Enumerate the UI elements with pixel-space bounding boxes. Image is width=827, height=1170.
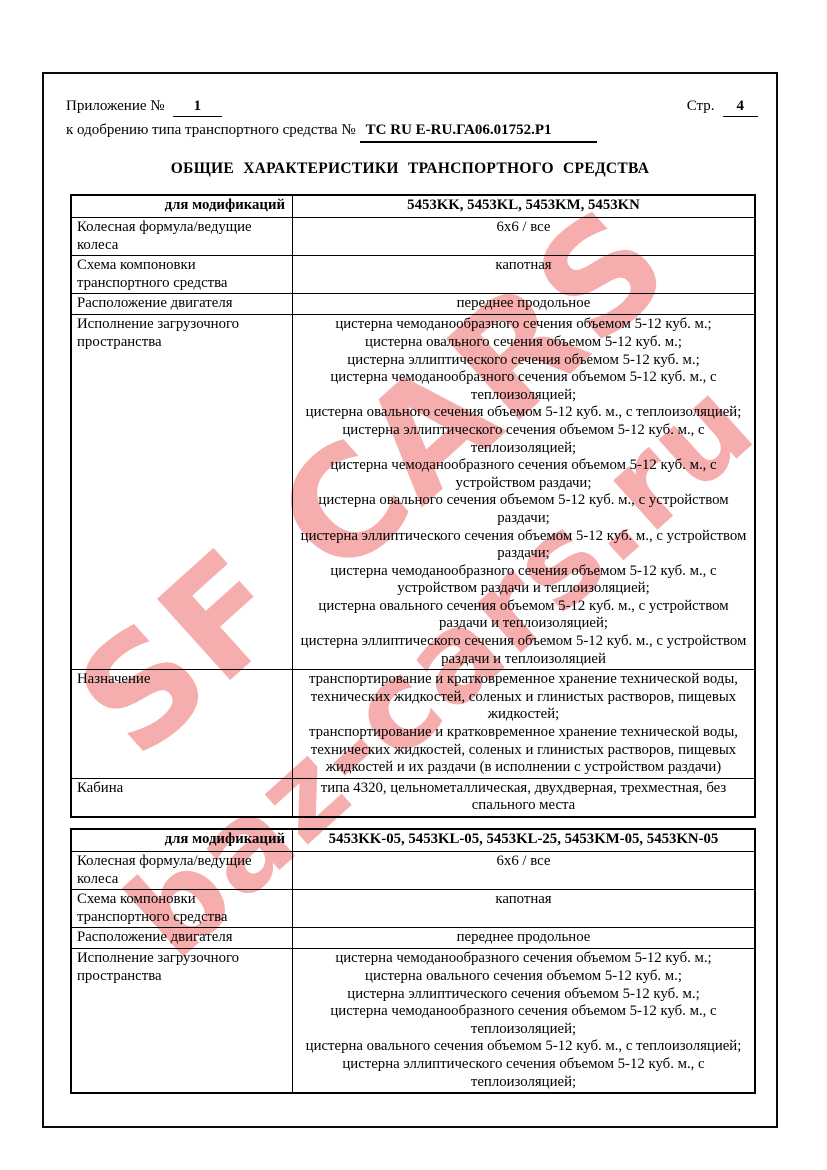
- row-label-cargo-space: Исполнение загрузочного пространства: [71, 315, 293, 670]
- table-row: Схема компоновки транспортного средства …: [71, 256, 755, 294]
- modifications-header-label: для модификаций: [71, 195, 293, 218]
- row-label-cargo-space: Исполнение загрузочного пространства: [71, 949, 293, 1093]
- appendix-label: Приложение №: [66, 98, 165, 114]
- row-value-cab: типа 4320, цельнометаллическая, двухдвер…: [293, 778, 756, 817]
- document-page-frame: Приложение №1 Стр.4 к одобрению типа тра…: [42, 72, 778, 1128]
- page-indicator: Стр.4: [687, 98, 758, 117]
- table-row: Колесная формула/ведущие колеса 6x6 / вс…: [71, 852, 755, 890]
- row-value-cargo-space: цистерна чемоданообразного сечения объем…: [293, 315, 756, 670]
- modifications-header-value: 5453KK-05, 5453KL-05, 5453KL-25, 5453KM-…: [293, 829, 756, 852]
- row-label-cab: Кабина: [71, 778, 293, 817]
- document-header: Приложение №1 Стр.4 к одобрению типа тра…: [44, 74, 776, 143]
- row-label-engine-position: Расположение двигателя: [71, 294, 293, 315]
- row-label-layout-scheme: Схема компоновки транспортного средства: [71, 890, 293, 928]
- page-number: 4: [723, 98, 759, 117]
- appendix-line: Приложение №1 Стр.4: [66, 98, 758, 117]
- table-row: Расположение двигателя переднее продольн…: [71, 928, 755, 949]
- approval-label: к одобрению типа транспортного средства …: [66, 122, 356, 138]
- row-label-layout-scheme: Схема компоновки транспортного средства: [71, 256, 293, 294]
- page-title: ОБЩИЕ ХАРАКТЕРИСТИКИ ТРАНСПОРТНОГО СРЕДС…: [44, 160, 776, 178]
- row-value-wheel-formula: 6x6 / все: [293, 852, 756, 890]
- table-row: для модификаций 5453KK, 5453KL, 5453KM, …: [71, 195, 755, 218]
- table-row: для модификаций 5453KK-05, 5453KL-05, 54…: [71, 829, 755, 852]
- row-label-engine-position: Расположение двигателя: [71, 928, 293, 949]
- spec-table-modifications-2: для модификаций 5453KK-05, 5453KL-05, 54…: [70, 828, 756, 1094]
- appendix-number: 1: [173, 98, 223, 117]
- table-row: Назначение транспортирование и кратковре…: [71, 670, 755, 779]
- row-value-layout-scheme: капотная: [293, 890, 756, 928]
- page-label: Стр.: [687, 98, 715, 114]
- row-value-engine-position: переднее продольное: [293, 928, 756, 949]
- row-value-engine-position: переднее продольное: [293, 294, 756, 315]
- appendix-left: Приложение №1: [66, 98, 222, 117]
- row-value-cargo-space: цистерна чемоданообразного сечения объем…: [293, 949, 756, 1093]
- spec-table-modifications-1: для модификаций 5453KK, 5453KL, 5453KM, …: [70, 194, 756, 818]
- row-label-wheel-formula: Колесная формула/ведущие колеса: [71, 852, 293, 890]
- modifications-header-value: 5453KK, 5453KL, 5453KM, 5453KN: [293, 195, 756, 218]
- row-value-wheel-formula: 6x6 / все: [293, 218, 756, 256]
- table-row: Кабина типа 4320, цельнометаллическая, д…: [71, 778, 755, 817]
- approval-number: ТС RU E-RU.ГА06.01752.Р1: [360, 122, 598, 143]
- row-value-purpose: транспортирование и кратковременное хран…: [293, 670, 756, 779]
- approval-line: к одобрению типа транспортного средства …: [66, 122, 758, 143]
- row-value-layout-scheme: капотная: [293, 256, 756, 294]
- table-row: Схема компоновки транспортного средства …: [71, 890, 755, 928]
- table-row: Расположение двигателя переднее продольн…: [71, 294, 755, 315]
- row-label-wheel-formula: Колесная формула/ведущие колеса: [71, 218, 293, 256]
- table-row: Колесная формула/ведущие колеса 6x6 / вс…: [71, 218, 755, 256]
- modifications-header-label: для модификаций: [71, 829, 293, 852]
- table-row: Исполнение загрузочного пространства цис…: [71, 949, 755, 1093]
- row-label-purpose: Назначение: [71, 670, 293, 779]
- table-row: Исполнение загрузочного пространства цис…: [71, 315, 755, 670]
